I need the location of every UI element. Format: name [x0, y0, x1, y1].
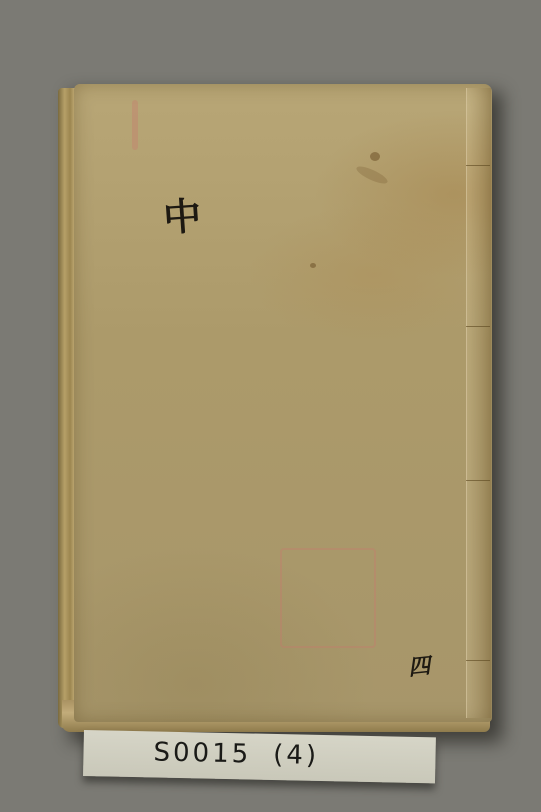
- stain-spot: [370, 152, 380, 161]
- stain-spot: [310, 263, 316, 268]
- catalog-volume: (4): [273, 740, 319, 771]
- spine-binding: [466, 88, 491, 718]
- catalog-number: S0015(4): [153, 737, 319, 770]
- volume-mark: 四: [406, 649, 431, 682]
- binding-stitch: [466, 480, 490, 481]
- seal-stamp-top: [132, 100, 138, 150]
- binding-stitch: [466, 660, 490, 661]
- catalog-slip: S0015(4): [83, 730, 436, 783]
- catalog-id: S0015: [153, 737, 251, 769]
- binding-stitch: [466, 165, 490, 166]
- title-character: 中: [161, 185, 203, 243]
- binding-stitch: [466, 326, 490, 327]
- seal-stamp-bottom: [280, 548, 376, 648]
